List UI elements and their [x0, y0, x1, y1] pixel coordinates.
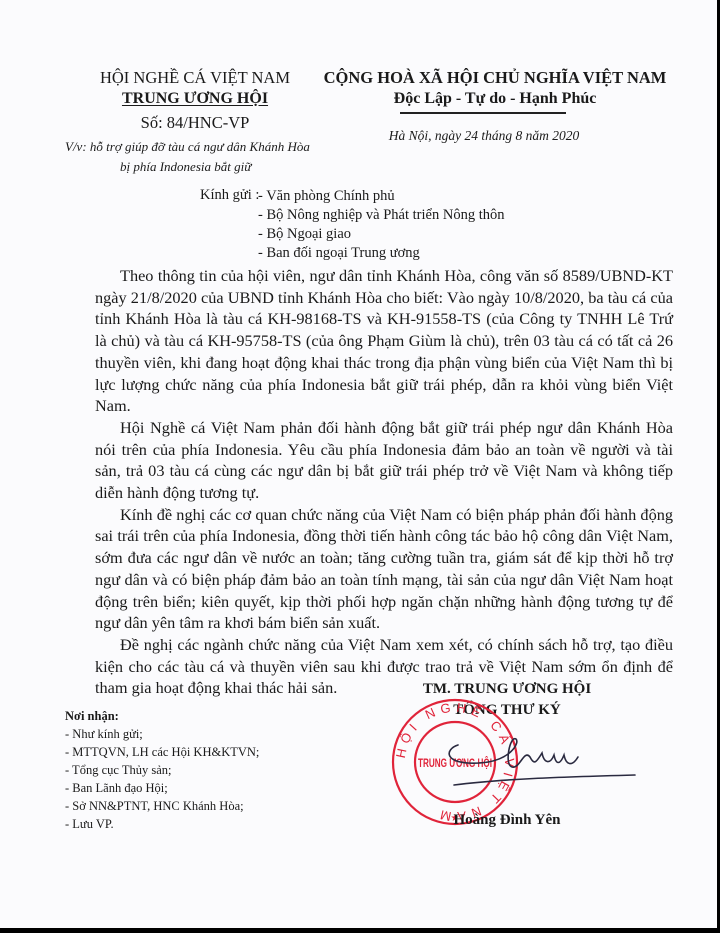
cc-item: - Lưu VP.	[65, 815, 259, 833]
cc-item: - Như kính gửi;	[65, 725, 259, 743]
motto-underline	[400, 112, 566, 114]
handwritten-signature-icon	[440, 735, 640, 795]
document-number: Số: 84/HNC-VP	[141, 113, 250, 133]
body-paragraph: Theo thông tin của hội viên, ngư dân tỉn…	[95, 265, 673, 417]
recipient-item: - Bộ Ngoại giao	[258, 225, 504, 244]
body-paragraph: Hội Nghề cá Việt Nam phản đối hành động …	[95, 417, 673, 504]
recipient-item: - Bộ Nông nghiệp và Phát triển Nông thôn	[258, 206, 504, 225]
recipient-item: - Ban đối ngoại Trung ương	[258, 244, 504, 263]
recipients-label: Kính gửi :	[200, 187, 259, 204]
document-subject: V/v: hỗ trợ giúp đỡ tàu cá ngư dân Khánh…	[65, 137, 310, 177]
organization-unit: TRUNG ƯƠNG HỘI	[122, 90, 268, 108]
letter-body: Theo thông tin của hội viên, ngư dân tỉn…	[95, 265, 673, 699]
place-date: Hà Nội, ngày 24 tháng 8 năm 2020	[389, 128, 580, 144]
national-title: CỘNG HOÀ XÃ HỘI CHỦ NGHĨA VIỆT NAM	[324, 68, 667, 88]
signer-name: Hoàng Đình Yên	[454, 812, 561, 829]
cc-list: Nơi nhận: - Như kính gửi; - MTTQVN, LH c…	[65, 707, 259, 833]
subject-line-2: bị phía Indonesia bắt giữ	[65, 157, 310, 177]
cc-item: - MTTQVN, LH các Hội KH&KTVN;	[65, 743, 259, 761]
cc-item: - Tổng cục Thủy sản;	[65, 761, 259, 779]
body-paragraph: Kính đề nghị các cơ quan chức năng của V…	[95, 504, 673, 634]
cc-item: - Sở NN&PTNT, HNC Khánh Hòa;	[65, 797, 259, 815]
organization-name: HỘI NGHỀ CÁ VIỆT NAM	[100, 68, 290, 88]
recipients-list: - Văn phòng Chính phủ - Bộ Nông nghiệp v…	[258, 187, 504, 263]
document-page: HỘI NGHỀ CÁ VIỆT NAM TRUNG ƯƠNG HỘI Số: …	[0, 0, 717, 928]
cc-title: Nơi nhận:	[65, 707, 259, 725]
subject-prefix: V/v:	[65, 139, 87, 154]
national-motto: Độc Lập - Tự do - Hạnh Phúc	[394, 90, 597, 108]
subject-line-1: hỗ trợ giúp đỡ tàu cá ngư dân Khánh Hòa	[90, 139, 310, 154]
recipient-item: - Văn phòng Chính phủ	[258, 187, 504, 206]
signature-on-behalf: TM. TRUNG ƯƠNG HỘI	[423, 681, 591, 698]
cc-item: - Ban Lãnh đạo Hội;	[65, 779, 259, 797]
